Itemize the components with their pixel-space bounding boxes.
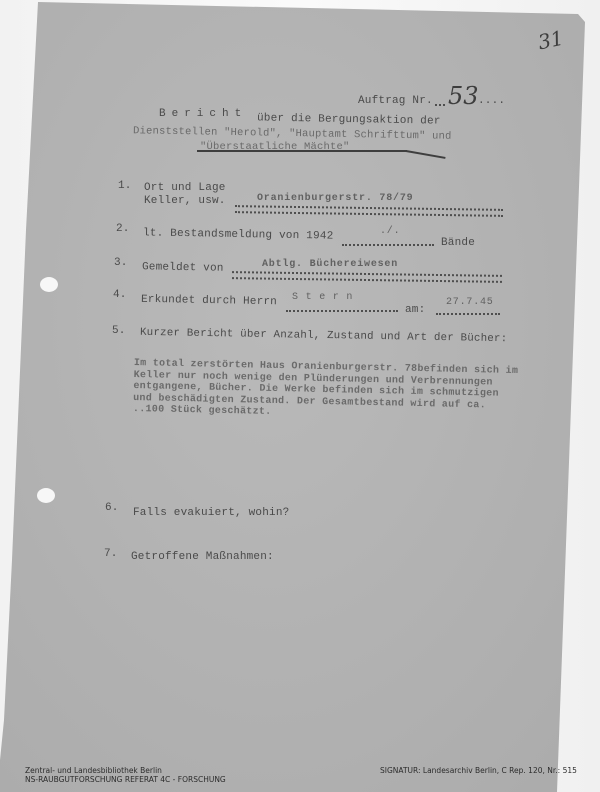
- footer-signature: SIGNATUR: Landesarchiv Berlin, C Rep. 12…: [380, 767, 577, 776]
- footer-left-line2: NS-RAUBGUTFORSCHUNG REFERAT 4C - FORSCHU…: [25, 775, 226, 784]
- order-number-dots-trailing: ....: [478, 95, 505, 107]
- item-4-number: 4.: [113, 289, 127, 301]
- item-1-label-line1: Ort und Lage: [144, 182, 226, 194]
- item-4-dotted-line: [286, 310, 398, 312]
- item-2-dotted-line: [342, 244, 434, 246]
- item-7-number: 7.: [104, 548, 118, 560]
- item-4-date-label: am:: [405, 304, 425, 316]
- order-number-handwritten: 53: [448, 82, 479, 110]
- title-bericht: Bericht: [159, 108, 247, 120]
- order-number-label: Auftrag Nr.: [358, 95, 433, 107]
- item-5-number: 5.: [112, 325, 126, 337]
- item-4-date-dotted-line: [436, 313, 500, 315]
- item-6-label: Falls evakuiert, wohin?: [133, 507, 289, 519]
- item-5-report-body: Im total zerstörten Haus Oranienburgerst…: [133, 358, 524, 424]
- item-2-value: ./.: [380, 226, 400, 237]
- item-4-label: Erkundet durch Herrn: [141, 294, 277, 308]
- item-4-date-value: 27.7.45: [446, 297, 494, 308]
- item-2-suffix: Bände: [441, 237, 475, 249]
- item-4-value: S t e r n: [292, 292, 353, 303]
- strikethrough-line: [197, 150, 407, 152]
- item-3-value: Abtlg. Büchereiwesen: [262, 259, 398, 270]
- item-6-number: 6.: [105, 502, 119, 514]
- item-1-value: Oranienburgerstr. 78/79: [257, 193, 413, 204]
- item-1-label-line2: Keller, usw.: [144, 195, 226, 207]
- item-2-number: 2.: [116, 223, 130, 235]
- item-7-label: Getroffene Maßnahmen:: [131, 551, 274, 563]
- item-3-number: 3.: [114, 257, 128, 269]
- punch-hole-upper: [40, 277, 58, 292]
- punch-hole-lower: [37, 488, 55, 503]
- footer-institution: Zentral- und Landesbibliothek Berlin NS-…: [25, 767, 226, 784]
- item-3-label: Gemeldet von: [142, 261, 224, 274]
- item-1-number: 1.: [118, 180, 132, 192]
- order-number-dots-leading: [435, 104, 445, 106]
